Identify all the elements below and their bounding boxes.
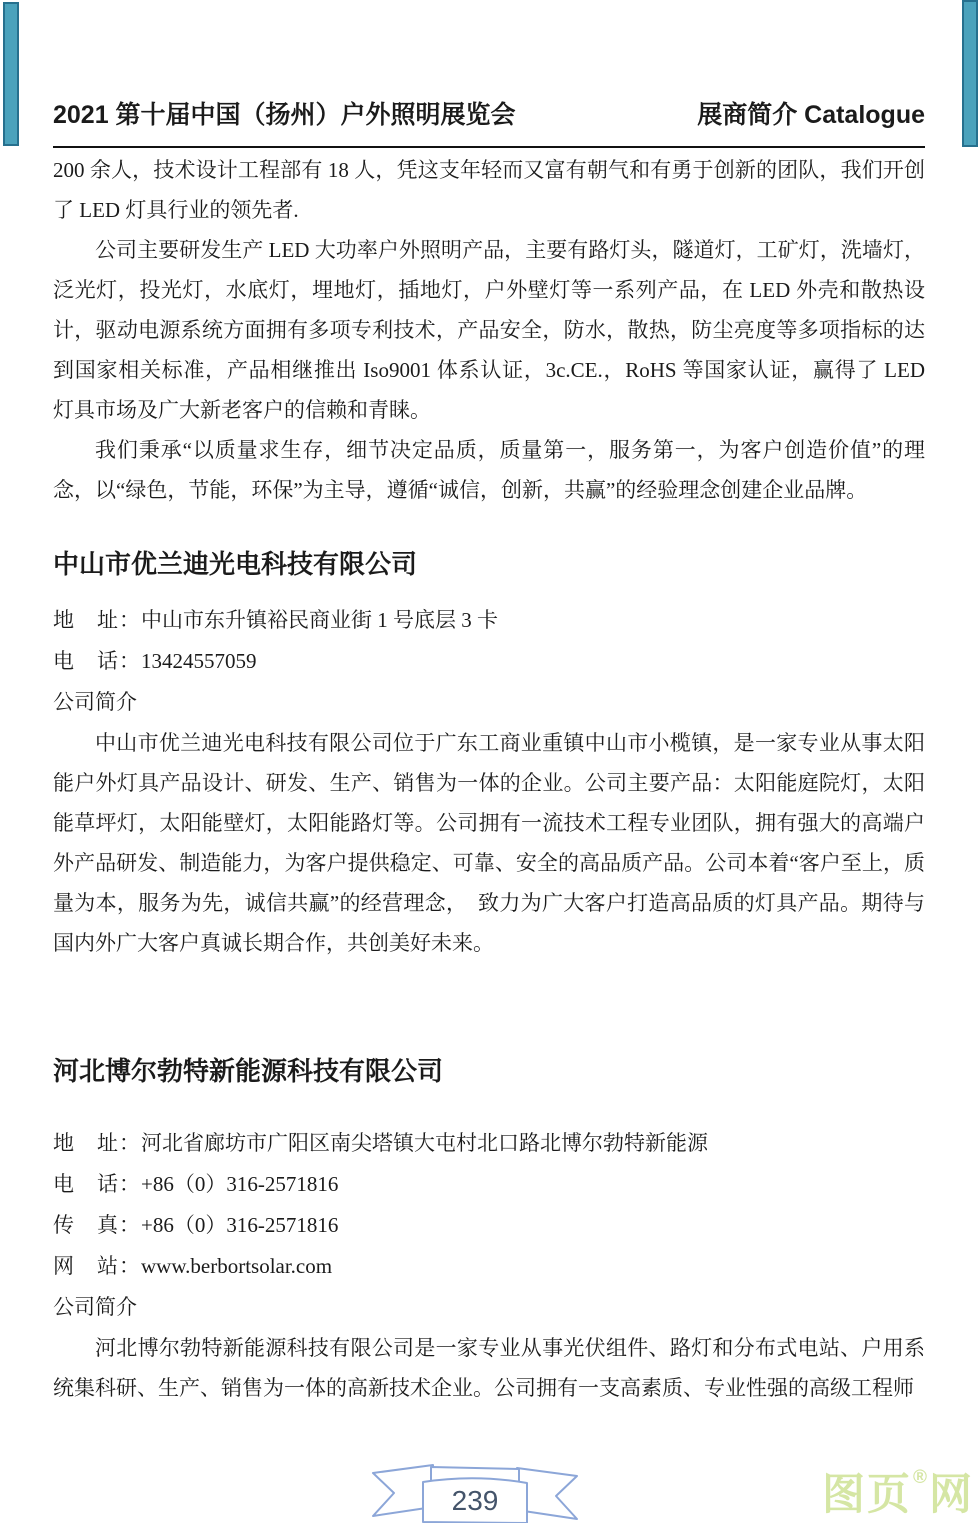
catalogue-label: 展商简介 Catalogue <box>697 95 925 131</box>
carryover-paragraph-3: 我们秉承“以质量求生存，细节决定品质，质量第一，服务第一，为客户创造价值”的理念… <box>53 430 925 510</box>
carryover-paragraph-1: 200 余人，技术设计工程部有 18 人，凭这支年轻而又富有朝气和有勇于创新的团… <box>53 150 925 230</box>
contact-line-phone: 电 话：+86（0）316-2571816 <box>53 1164 925 1205</box>
contact-label: 地 址： <box>53 608 141 632</box>
contact-label: 网 站： <box>53 1254 141 1278</box>
contact-value: 河北省廊坊市广阳区南尖塔镇大屯村北口路北博尔勃特新能源 <box>141 1131 708 1155</box>
contact-label: 传 真： <box>53 1213 141 1237</box>
contact-line-fax: 传 真：+86（0）316-2571816 <box>53 1205 925 1246</box>
watermark-text-left: 图页 <box>822 1471 912 1519</box>
contact-label: 电 话： <box>53 649 141 673</box>
contact-line-address: 地 址：中山市东升镇裕民商业街 1 号底层 3 卡 <box>53 600 925 641</box>
contact-line-phone: 电 话：13424557059 <box>53 641 925 682</box>
contact-block: 地 址：河北省廊坊市广阳区南尖塔镇大屯村北口路北博尔勃特新能源 电 话：+86（… <box>53 1123 925 1328</box>
header-accent-bar-left <box>3 2 19 146</box>
registered-mark-icon: ® <box>913 1468 927 1487</box>
page-number-text: 239 <box>452 1485 499 1516</box>
watermark: 图页®网 <box>822 1468 974 1517</box>
contact-value: 13424557059 <box>141 649 257 673</box>
company-section-2: 河北博尔勃特新能源科技有限公司 地 址：河北省廊坊市广阳区南尖塔镇大屯村北口路北… <box>53 1051 925 1408</box>
company-name-heading: 中山市优兰迪光电科技有限公司 <box>53 544 925 584</box>
page-header: 2021 第十届中国（扬州）户外照明展览会 展商简介 Catalogue <box>53 0 925 148</box>
contact-label: 电 话： <box>53 1172 141 1196</box>
page-number-ribbon: 239 <box>371 1463 579 1523</box>
profile-heading: 公司简介 <box>53 682 925 723</box>
contact-label: 地 址： <box>53 1131 141 1155</box>
contact-value: www.berbortsolar.com <box>141 1254 332 1278</box>
contact-line-address: 地 址：河北省廊坊市广阳区南尖塔镇大屯村北口路北博尔勃特新能源 <box>53 1123 925 1164</box>
exhibition-title: 2021 第十届中国（扬州）户外照明展览会 <box>53 95 516 131</box>
contact-value: +86（0）316-2571816 <box>141 1172 338 1196</box>
contact-value: 中山市东升镇裕民商业街 1 号底层 3 卡 <box>141 608 498 632</box>
watermark-text-right: 网 <box>929 1471 974 1519</box>
contact-value: +86（0）316-2571816 <box>141 1213 338 1237</box>
catalogue-page: 2021 第十届中国（扬州）户外照明展览会 展商简介 Catalogue 200… <box>0 0 980 1523</box>
page-body: 200 余人，技术设计工程部有 18 人，凭这支年轻而又富有朝气和有勇于创新的团… <box>53 150 925 1408</box>
company-profile-paragraph: 河北博尔勃特新能源科技有限公司是一家专业从事光伏组件、路灯和分布式电站、户用系统… <box>53 1328 925 1408</box>
company-profile-paragraph: 中山市优兰迪光电科技有限公司位于广东工商业重镇中山市小榄镇，是一家专业从事太阳能… <box>53 723 925 963</box>
company-section-1: 中山市优兰迪光电科技有限公司 地 址：中山市东升镇裕民商业街 1 号底层 3 卡… <box>53 544 925 963</box>
contact-line-website: 网 站：www.berbortsolar.com <box>53 1246 925 1287</box>
carryover-paragraph-2: 公司主要研发生产 LED 大功率户外照明产品，主要有路灯头，隧道灯，工矿灯，洗墙… <box>53 230 925 430</box>
company-name-heading: 河北博尔勃特新能源科技有限公司 <box>53 1051 925 1091</box>
contact-block: 地 址：中山市东升镇裕民商业街 1 号底层 3 卡 电 话：1342455705… <box>53 600 925 723</box>
header-accent-bar-right <box>962 0 978 147</box>
profile-heading: 公司简介 <box>53 1287 925 1328</box>
